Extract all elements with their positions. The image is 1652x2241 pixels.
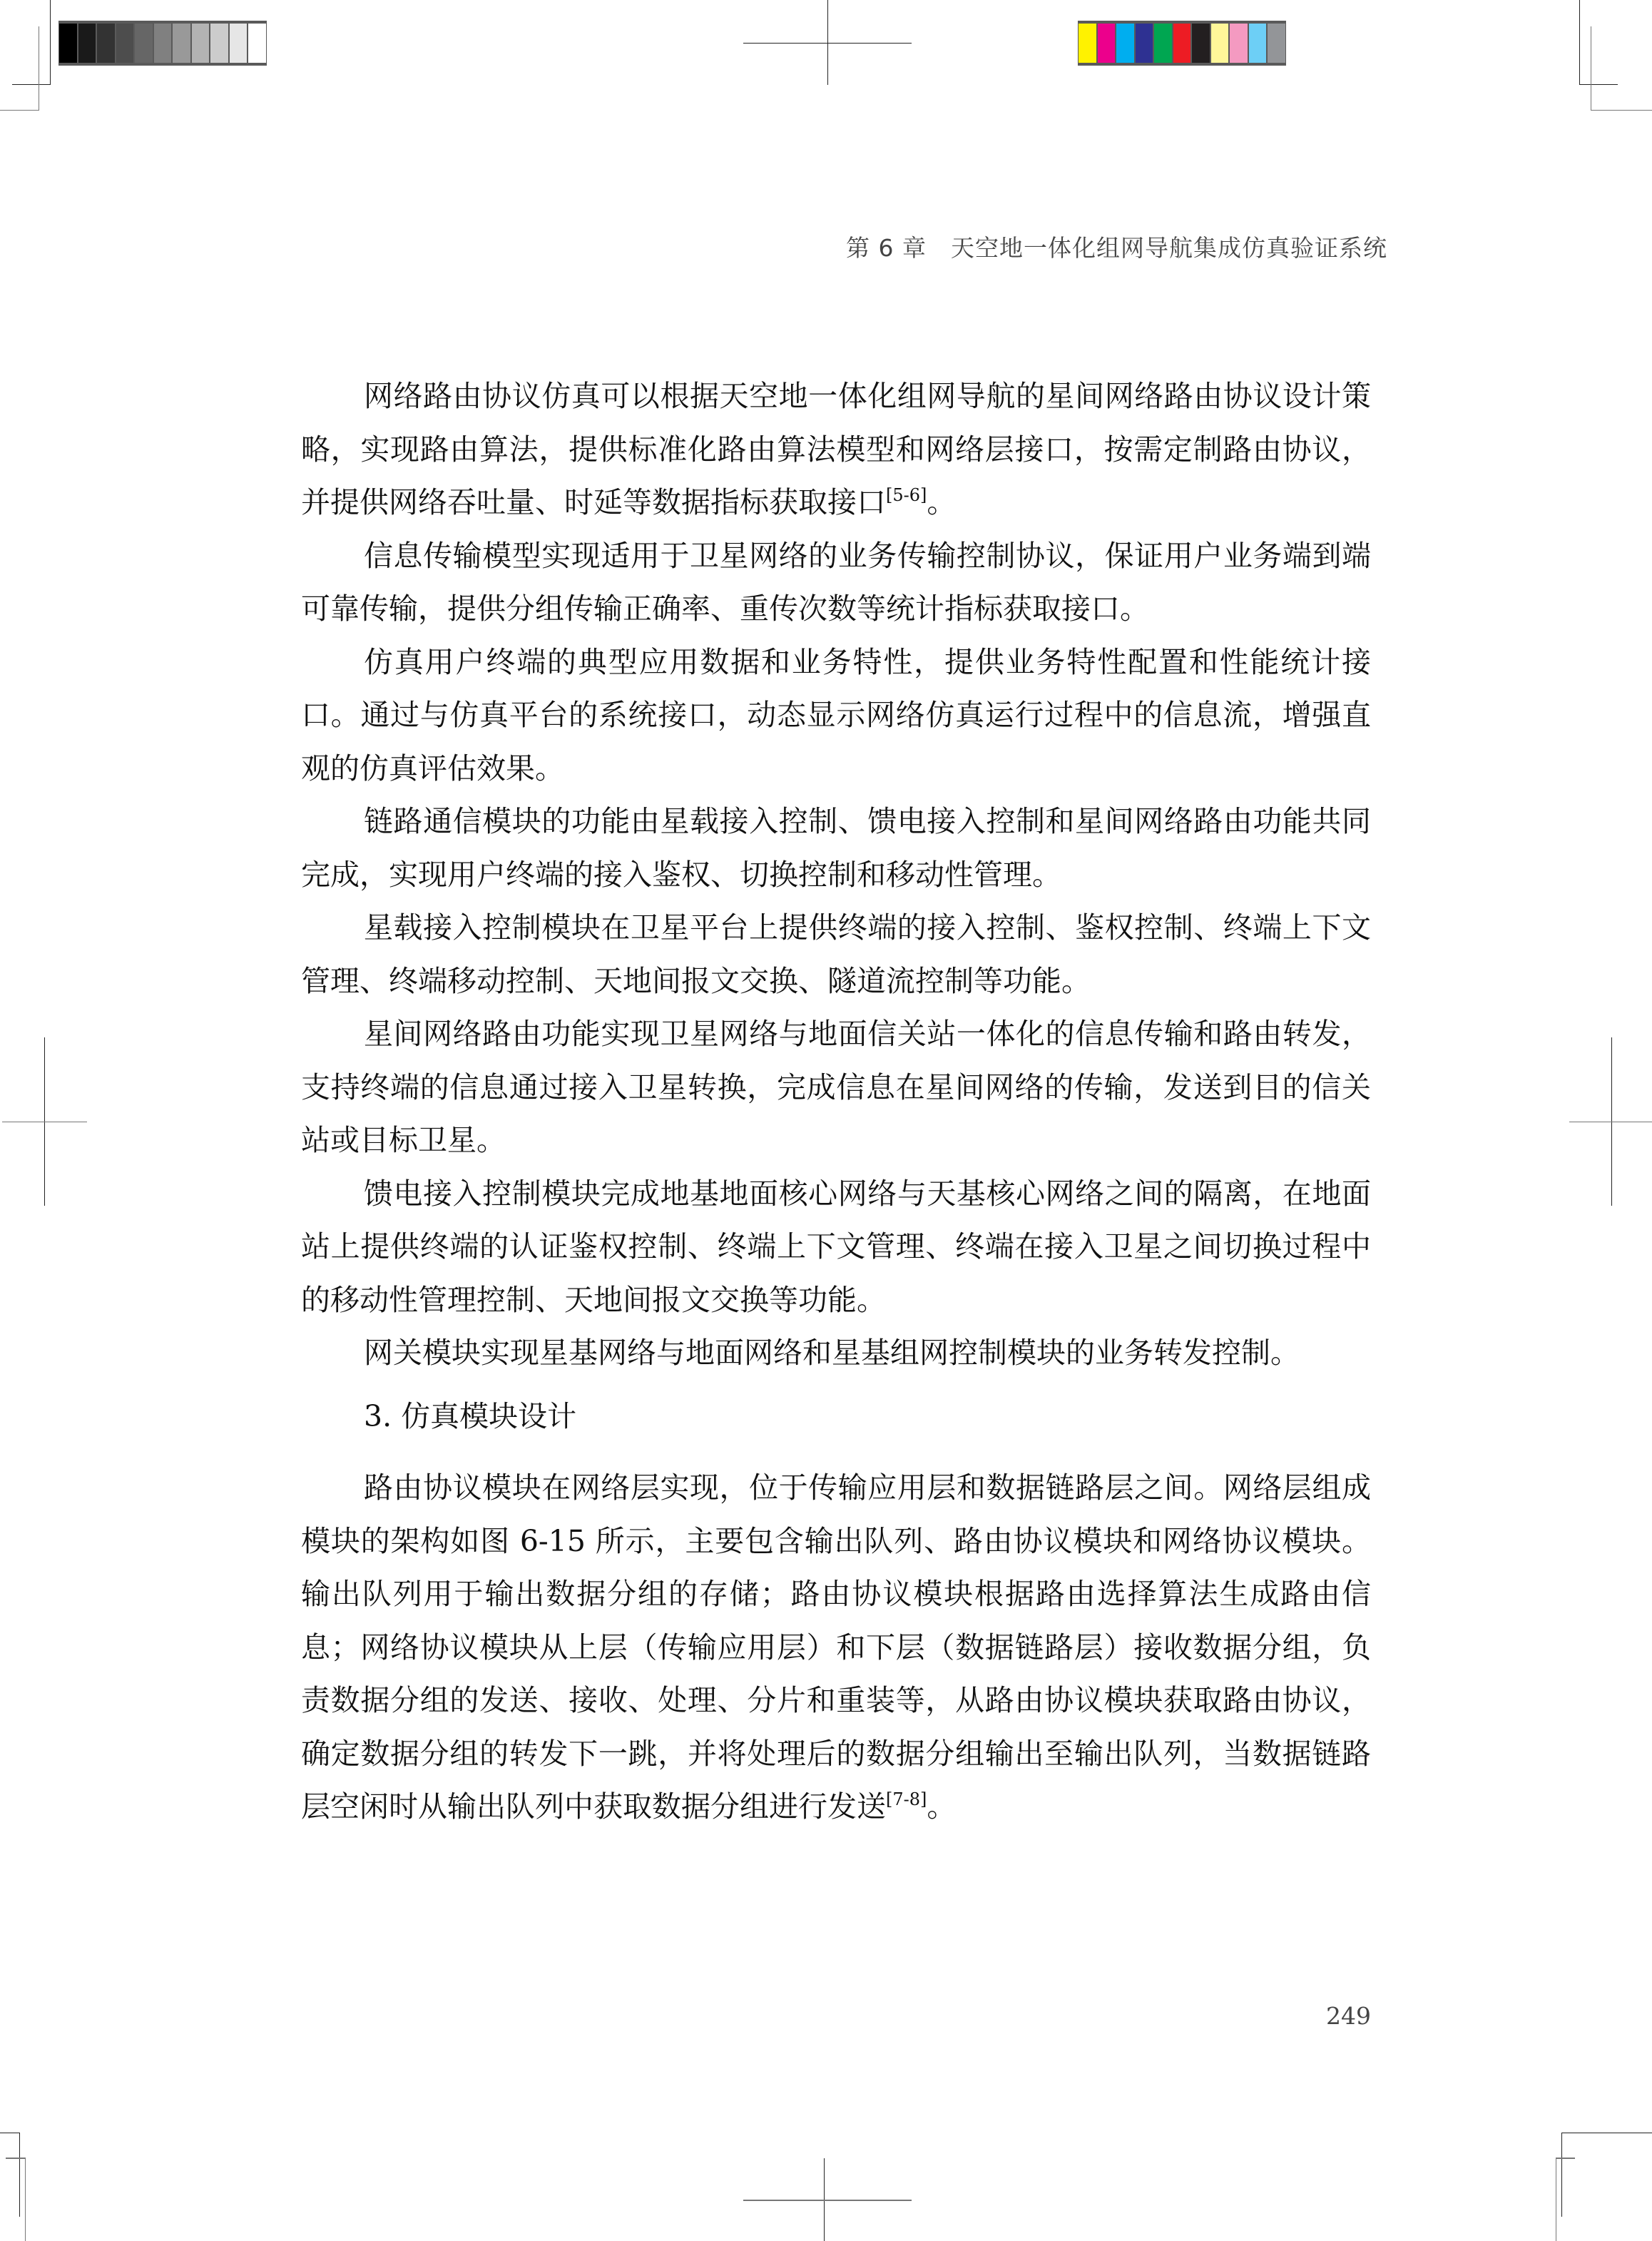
- color-calibration-strip: [1078, 21, 1286, 66]
- gray-swatch: [154, 24, 172, 63]
- gray-swatch: [192, 24, 210, 63]
- document-body: 网络路由协议仿真可以根据天空地一体化组网导航的星间网络路由协议设计策略，实现路由…: [301, 370, 1371, 1834]
- paragraph-text: 网络路由协议仿真可以根据天空地一体化组网导航的星间网络路由协议设计策略，实现路由…: [301, 379, 1371, 519]
- gray-swatch: [116, 24, 134, 63]
- color-swatch: [1249, 24, 1267, 63]
- gray-swatch: [97, 24, 115, 63]
- color-swatch: [1268, 24, 1285, 63]
- paragraph: 馈电接入控制模块完成地基地面核心网络与天基核心网络之间的隔离，在地面站上提供终端…: [301, 1167, 1371, 1327]
- color-swatch: [1211, 24, 1229, 63]
- paragraph: 路由协议模块在网络层实现，位于传输应用层和数据链路层之间。网络层组成模块的架构如…: [301, 1461, 1371, 1834]
- paragraph: 仿真用户终端的典型应用数据和业务特性，提供业务特性配置和性能统计接口。通过与仿真…: [301, 636, 1371, 796]
- paragraph: 星间网络路由功能实现卫星网络与地面信关站一体化的信息传输和路由转发，支持终端的信…: [301, 1007, 1371, 1167]
- gray-swatch: [230, 24, 248, 63]
- running-header: 第 6 章 天空地一体化组网导航集成仿真验证系统: [846, 230, 1387, 263]
- color-swatch: [1173, 24, 1191, 63]
- paragraph-text: 路由协议模块在网络层实现，位于传输应用层和数据链路层之间。网络层组成模块的架构如…: [301, 1470, 1371, 1824]
- citation-ref: [7-8]: [886, 1789, 927, 1809]
- paragraph: 信息传输模型实现适用于卫星网络的业务传输控制协议，保证用户业务端到端可靠传输，提…: [301, 529, 1371, 636]
- color-swatch: [1079, 24, 1096, 63]
- gray-swatch: [248, 24, 266, 63]
- gray-swatch: [78, 24, 96, 63]
- color-swatch: [1230, 24, 1248, 63]
- citation-ref: [5-6]: [886, 485, 927, 505]
- paragraph: 网络路由协议仿真可以根据天空地一体化组网导航的星间网络路由协议设计策略，实现路由…: [301, 370, 1371, 529]
- color-swatch: [1098, 24, 1116, 63]
- gray-swatch: [59, 24, 77, 63]
- gray-swatch: [135, 24, 153, 63]
- paragraph: 链路通信模块的功能由星载接入控制、馈电接入控制和星间网络路由功能共同完成，实现用…: [301, 795, 1371, 901]
- gray-swatch: [173, 24, 190, 63]
- section-heading: 3. 仿真模块设计: [301, 1390, 1371, 1443]
- gray-swatch: [210, 24, 228, 63]
- paragraph: 网关模块实现星基网络与地面网络和星基组网控制模块的业务转发控制。: [301, 1326, 1371, 1380]
- color-swatch: [1136, 24, 1153, 63]
- paragraph: 星载接入控制模块在卫星平台上提供终端的接入控制、鉴权控制、终端上下文管理、终端移…: [301, 901, 1371, 1007]
- paragraph-end-punct: 。: [927, 1789, 956, 1824]
- page-number: 249: [1326, 2002, 1371, 2030]
- color-swatch: [1116, 24, 1134, 63]
- color-swatch: [1192, 24, 1210, 63]
- paragraph-end-punct: 。: [927, 485, 956, 519]
- color-swatch: [1154, 24, 1172, 63]
- grayscale-calibration-strip: [58, 21, 267, 66]
